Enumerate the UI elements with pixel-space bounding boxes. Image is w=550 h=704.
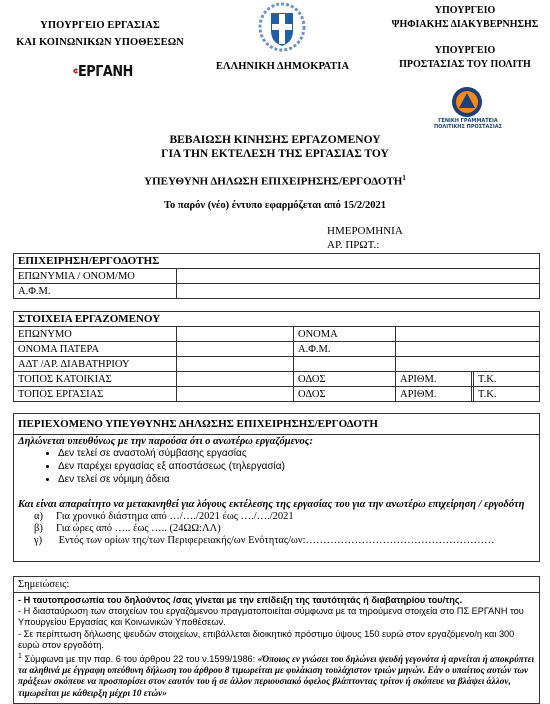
- option-key: γ): [34, 535, 56, 547]
- employee-id-extra-field-2[interactable]: [396, 357, 540, 372]
- employee-work-field[interactable]: [177, 387, 294, 402]
- employee-father-label: ΟΝΟΜΑ ΠΑΤΕΡΑ: [14, 342, 177, 357]
- residence-postcode-label: Τ.Κ.: [474, 372, 540, 387]
- employee-father-field[interactable]: [177, 342, 294, 357]
- option-text[interactable]: Εντός των ορίων της/των Περιφερειακής/ων…: [56, 535, 495, 546]
- option-key: β): [34, 523, 56, 535]
- notes-body: - Η ταυτοπροσωπία του δηλούντος /σας γίν…: [14, 593, 539, 701]
- declaration-title-text: ΥΠΕΥΘΥΝΗ ΔΗΛΩΣΗ ΕΠΙΧΕΙΡΗΣΗΣ/ΕΡΓΟΔΟΤΗ: [144, 176, 402, 188]
- employee-id-extra-field[interactable]: [294, 357, 396, 372]
- greek-coat-of-arms: [257, 2, 307, 52]
- greek-coat-of-arms-icon: [257, 2, 307, 52]
- date-label: ΗΜΕΡΟΜΗΝΙΑ: [327, 225, 403, 238]
- option-text[interactable]: Για χρονικό διάστημα από …/…./2021 έως ……: [56, 511, 294, 522]
- protocol-number-label: ΑΡ. ΠΡΩΤ.:: [327, 239, 379, 252]
- employee-firstname-field[interactable]: [396, 327, 540, 342]
- ministry-digital-line2: ΨΗΦΙΑΚΗΣ ΔΙΑΚΥΒΕΡΝΗΣΗΣ: [385, 18, 545, 32]
- employee-table: ΣΤΟΙΧΕΙΑ ΕΡΓΑΖΟΜΕΝΟΥ ΕΠΩΝΥΜΟ ΟΝΟΜΑ ΟΝΟΜΑ…: [13, 311, 540, 402]
- note-penalty: - Σε περίπτωση δήλωσης ψευδών στοιχείων,…: [18, 629, 535, 651]
- option-key: α): [34, 511, 56, 523]
- employer-section-header: ΕΠΙΧΕΙΡΗΣΗ/ΕΡΓΟΔΟΤΗΣ: [14, 254, 540, 269]
- document-title: ΒΕΒΑΙΩΣΗ ΚΙΝΗΣΗΣ ΕΡΓΑΖΟΜΕΝΟΥ ΓΙΑ ΤΗΝ ΕΚΤ…: [100, 133, 450, 161]
- notes-box: Σημειώσεις: - Η ταυτοπροσωπία του δηλούν…: [13, 576, 540, 704]
- ergani-logo-text: ΕΡΓΑΝΗ: [78, 62, 133, 80]
- civil-protection-logo: [447, 86, 487, 118]
- employer-name-field[interactable]: [177, 269, 540, 284]
- declaration-title: ΥΠΕΥΘΥΝΗ ΔΗΛΩΣΗ ΕΠΙΧΕΙΡΗΣΗΣ/ΕΡΓΟΔΟΤΗ1: [100, 174, 450, 188]
- ministry-labor-header: ΥΠΟΥΡΓΕΙΟ ΕΡΓΑΣΙΑΣ ΚΑΙ ΚΟΙΝΩΝΙΚΩΝ ΥΠΟΘΕΣ…: [0, 17, 200, 51]
- ergani-logo: ΕΡΓΑΝΗ: [73, 60, 143, 82]
- ministry-citizen-line1: ΥΠΟΥΡΓΕΙΟ: [385, 44, 545, 58]
- ministry-labor-line2: ΚΑΙ ΚΟΙΝΩΝΙΚΩΝ ΥΠΟΘΕΣΕΩΝ: [0, 34, 200, 51]
- declaration-content-box: ΠΕΡΙΕΧΟΜΕΝΟ ΥΠΕΥΘΥΝΗΣ ΔΗΛΩΣΗΣ ΕΠΙΧΕΙΡΗΣΗ…: [13, 413, 540, 562]
- employer-name-label: ΕΠΩΝΥΜΙΑ / ΟΝΟΜ/ΜΟ: [14, 269, 177, 284]
- option-text[interactable]: Για ώρες από ….. έως ….. (24ΩΩ:ΛΛ): [56, 523, 221, 534]
- document-title-line1: ΒΕΒΑΙΩΣΗ ΚΙΝΗΣΗΣ ΕΡΓΑΖΟΜΕΝΟΥ: [100, 133, 450, 147]
- residence-street-label: ΟΔΟΣ: [294, 372, 396, 387]
- work-street-label: ΟΔΟΣ: [294, 387, 396, 402]
- work-number-label: ΑΡΙΘΜ.: [396, 387, 472, 402]
- employee-surname-label: ΕΠΩΝΥΜΟ: [14, 327, 177, 342]
- employee-section-header: ΣΤΟΙΧΕΙΑ ΕΡΓΑΖΟΜΕΝΟΥ: [14, 312, 540, 327]
- employee-firstname-label: ΟΝΟΜΑ: [294, 327, 396, 342]
- civil-protection-line2: ΠΟΛΙΤΙΚΗΣ ΠΡΟΣΤΑΣΙΑΣ: [430, 124, 506, 130]
- employee-afm-label: Α.Φ.Μ.: [294, 342, 396, 357]
- employer-table: ΕΠΙΧΕΙΡΗΣΗ/ΕΡΓΟΔΟΤΗΣ ΕΠΩΝΥΜΙΑ / ΟΝΟΜ/ΜΟ …: [13, 253, 540, 299]
- hellenic-republic-label: ΕΛΛΗΝΙΚΗ ΔΗΜΟΚΡΑΤΙΑ: [205, 58, 360, 75]
- option-region: γ) Εντός των ορίων της/των Περιφερειακής…: [18, 535, 535, 547]
- declaration-body: Δηλώνεται υπευθύνως με την παρούσα ότι ο…: [14, 435, 539, 548]
- ministry-digital-line1: ΥΠΟΥΡΓΕΙΟ: [385, 4, 545, 18]
- employee-id-label: ΑΔΤ /ΑΡ. ΔΙΑΒΑΤΗΡΙΟΥ: [14, 357, 177, 372]
- option-hours: β)Για ώρες από ….. έως ….. (24ΩΩ:ΛΛ): [18, 523, 535, 535]
- declaration-bullet: Δεν τελεί σε νόμιμη άδεια: [58, 473, 535, 486]
- notes-label: Σημειώσεις:: [14, 577, 539, 593]
- document-title-line2: ΓΙΑ ΤΗΝ ΕΚΤΕΛΕΣΗ ΤΗΣ ΕΡΓΑΣΙΑΣ ΤΟΥ: [100, 147, 450, 161]
- work-postcode-label: Τ.Κ.: [474, 387, 540, 402]
- effective-date-note: Το παρόν (νέο) έντυπο εφαρμόζεται από 15…: [100, 200, 450, 211]
- civil-protection-caption: ΓΕΝΙΚΗ ΓΡΑΜΜΑΤΕΙΑ ΠΟΛΙΤΙΚΗΣ ΠΡΟΣΤΑΣΙΑΣ: [430, 118, 506, 130]
- footnote-mark: 1: [402, 174, 406, 182]
- employee-surname-field[interactable]: [177, 327, 294, 342]
- declaration-bullets: Δεν τελεί σε αναστολή σύμβασης εργασίας …: [18, 447, 535, 486]
- note-identity: - Η ταυτοπροσωπία του δηλούντος /σας γίν…: [18, 595, 535, 606]
- declaration-bullet: Δεν παρέχει εργασίας εξ αποστάσεως (τηλε…: [58, 460, 535, 473]
- employee-work-label: ΤΟΠΟΣ ΕΡΓΑΣΙΑΣ: [14, 387, 177, 402]
- option-period: α)Για χρονικό διάστημα από …/…./2021 έως…: [18, 511, 535, 523]
- declaration-bullet: Δεν τελεί σε αναστολή σύμβασης εργασίας: [58, 447, 535, 460]
- note-verification: - Η διασταύρωση των στοιχείων του εργαζό…: [18, 606, 535, 628]
- note-footnote: 1 Σύμφωνα με την παρ. 6 του άρθρου 22 το…: [18, 651, 535, 699]
- residence-number-label: ΑΡΙΘΜ.: [396, 372, 472, 387]
- employee-residence-field[interactable]: [177, 372, 294, 387]
- content-section-header: ΠΕΡΙΕΧΟΜΕΝΟ ΥΠΕΥΘΥΝΗΣ ΔΗΛΩΣΗΣ ΕΠΙΧΕΙΡΗΣΗ…: [14, 414, 539, 435]
- employer-afm-label: Α.Φ.Μ.: [14, 284, 177, 299]
- ministry-digital-header: ΥΠΟΥΡΓΕΙΟ ΨΗΦΙΑΚΗΣ ΔΙΑΚΥΒΕΡΝΗΣΗΣ: [385, 4, 545, 32]
- civil-protection-logo-icon: [447, 86, 487, 118]
- employee-afm-field[interactable]: [396, 342, 540, 357]
- movement-condition: Και είναι απαραίτητο να μετακινηθεί για …: [18, 498, 535, 511]
- ministry-citizen-header: ΥΠΟΥΡΓΕΙΟ ΠΡΟΣΤΑΣΙΑΣ ΤΟΥ ΠΟΛΙΤΗ: [385, 44, 545, 72]
- employee-residence-label: ΤΟΠΟΣ ΚΑΤΟΙΚΙΑΣ: [14, 372, 177, 387]
- ministry-labor-line1: ΥΠΟΥΡΓΕΙΟ ΕΡΓΑΣΙΑΣ: [0, 17, 200, 34]
- ministry-citizen-line2: ΠΡΟΣΤΑΣΙΑΣ ΤΟΥ ΠΟΛΙΤΗ: [385, 58, 545, 72]
- employer-afm-field[interactable]: [177, 284, 540, 299]
- declaration-intro: Δηλώνεται υπευθύνως με την παρούσα ότι ο…: [18, 436, 535, 447]
- footnote-prefix: Σύμφωνα με την παρ. 6 του άρθρου 22 του …: [22, 654, 258, 664]
- employee-id-field[interactable]: [177, 357, 294, 372]
